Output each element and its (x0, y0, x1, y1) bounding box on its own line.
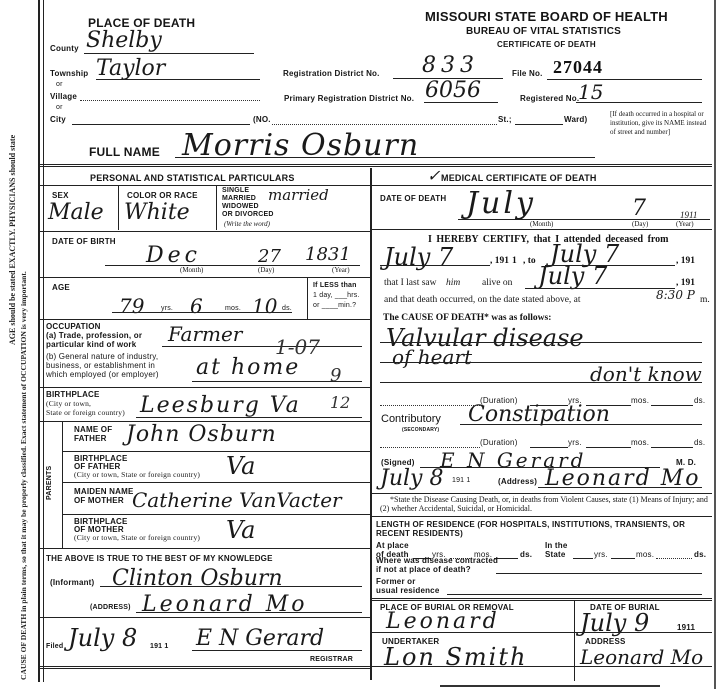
sex-divider (118, 186, 119, 230)
registered-no-line (576, 102, 702, 103)
medical-heading: MEDICAL CERTIFICATE OF DEATH (441, 173, 597, 183)
birthplace-label-3: State or foreign country) (46, 408, 125, 417)
last-saw-pronoun[interactable]: him (446, 278, 460, 288)
marital-value[interactable]: married (268, 186, 329, 204)
margin-note-1: 1-07 (275, 335, 320, 359)
industry-label: (b) General nature of industry, business… (46, 352, 159, 379)
duration-ds-label-2: ds. (694, 438, 705, 447)
burial-place-value[interactable]: Leonard (386, 609, 500, 634)
village-line[interactable] (80, 100, 260, 101)
township-line (96, 79, 260, 80)
marital-single: SINGLE (222, 187, 274, 195)
time-suffix: m. (700, 295, 710, 305)
age-label: AGE (52, 283, 70, 292)
mother-bp-label-3: (City or town, State or foreign country) (74, 534, 200, 542)
informant-address-value[interactable]: Leonard Mo (142, 592, 308, 617)
cause-line-3 (380, 382, 702, 383)
duration-ds-line-2[interactable] (651, 447, 693, 448)
father-name-label: NAME OF FATHER (74, 425, 112, 443)
filed-label: Filed (46, 643, 63, 650)
filed-year-value[interactable]: 191 1 (150, 643, 169, 650)
registrar-label: REGISTRAR (310, 656, 353, 663)
st-label: St.; (498, 115, 512, 124)
age-yrs-label: yrs. (161, 305, 173, 312)
mother-row-line (62, 514, 370, 515)
death-occurred-statement: and that death occurred, on the date sta… (384, 295, 581, 305)
residence-heading-2: RECENT RESIDENTS) (376, 529, 463, 538)
street-line[interactable] (272, 124, 497, 125)
father-name-value[interactable]: John Osburn (126, 422, 277, 447)
age-divider (307, 277, 308, 319)
dod-bottom-line (371, 229, 712, 230)
father-bp-label-3: (City or town, State or foreign country) (74, 471, 200, 479)
page-bottom-edge (440, 685, 660, 687)
to-label: , to (523, 256, 536, 266)
or-label-1: or (56, 81, 63, 88)
mother-label-2: OF MOTHER (74, 496, 134, 505)
side-note-line2: CAUSE OF DEATH in plain terms, so that i… (19, 271, 28, 680)
burial-row-line (371, 632, 712, 633)
dob-year-caption: (Year) (332, 266, 350, 274)
cause-footnote: *State the Disease Causing Death, or, in… (380, 495, 710, 513)
former-residence-line[interactable] (447, 594, 702, 595)
duration-yrs-label-2: yrs. (568, 438, 582, 447)
sex-label: SEX (52, 191, 69, 200)
bureau-title: BUREAU OF VITAL STATISTICS (466, 26, 621, 37)
in-state-ds-line[interactable] (656, 558, 692, 559)
parents-bottom-line (40, 548, 370, 549)
name-divider (40, 164, 712, 167)
registrar-line (192, 650, 362, 651)
occupation-value[interactable]: Farmer (168, 322, 242, 346)
cause-line-2-value[interactable]: of heart (392, 345, 472, 369)
left-border (38, 0, 40, 682)
left-bottom-line (40, 666, 370, 669)
residence-heading-1: LENGTH OF RESIDENCE (FOR HOSPITALS, INST… (376, 520, 685, 529)
in-state-label-1: In the (545, 541, 568, 550)
margin-note-3: 12 (330, 393, 350, 412)
in-state-yrs-label: yrs. (594, 550, 608, 559)
race-label: COLOR OR RACE (127, 191, 198, 200)
at-place-label-1: At place (376, 541, 409, 550)
center-divider (370, 168, 372, 680)
file-no-line (547, 79, 702, 80)
informant-address-line (136, 612, 362, 613)
in-state-label: In the State (545, 541, 568, 559)
registered-no-label: Registered No. (520, 94, 579, 103)
duration-mos-line-2[interactable] (586, 447, 631, 448)
city-label: City (50, 115, 66, 124)
file-no-value[interactable]: 27044 (553, 57, 603, 78)
industry-label-1: (b) General nature of industry, (46, 352, 159, 361)
signed-bottom-line (371, 493, 712, 494)
death-day-value[interactable]: 7 (632, 196, 646, 221)
in-state-mos-line[interactable] (611, 558, 635, 559)
informant-line (100, 586, 362, 587)
sex-value[interactable]: Male (48, 200, 104, 225)
birthplace-value[interactable]: Leesburg Va (140, 393, 301, 418)
last-saw-line (525, 288, 675, 289)
death-month-caption: (Month) (530, 220, 553, 228)
medical-heading-line (371, 185, 712, 186)
burial-divider (574, 601, 575, 681)
signed-address-label: (Address) (498, 477, 537, 486)
father-bp-row-line (62, 482, 370, 483)
date-of-death-line (458, 219, 710, 220)
mother-name-value[interactable]: Catherine VanVacter (132, 488, 342, 512)
residence-bottom-line (371, 598, 712, 601)
township-value[interactable]: Taylor (96, 56, 165, 81)
mother-name-label: MAIDEN NAME OF MOTHER (74, 487, 134, 505)
full-name-label: FULL NAME (89, 145, 160, 159)
side-instructions: AGE should be stated EXACTLY. PHYSICIANS… (2, 0, 32, 689)
marital-widowed: WIDOWED (222, 203, 274, 211)
dob-year-value[interactable]: 1831 (305, 244, 351, 265)
mother-label-1: MAIDEN NAME (74, 487, 134, 496)
primary-district-value[interactable]: 6056 (425, 78, 481, 103)
or-label-2: or (56, 104, 63, 111)
contracted-label-2: if not at place of death? (376, 565, 498, 574)
former-residence-label: Former or usual residence (376, 577, 439, 595)
in-state-mos-label: mos. (636, 550, 654, 559)
dob-label: DATE OF BIRTH (52, 237, 116, 246)
contracted-label-1: Where was disease contracted (376, 556, 498, 565)
former-label-1: Former or (376, 577, 439, 586)
ward-label: Ward) (564, 115, 587, 124)
less-than-day: If LESS than 1 day, ___hrs. or ____min.? (313, 281, 360, 311)
cause-line-1 (380, 342, 702, 343)
attended-from-value[interactable]: July 7 (384, 243, 453, 271)
duration-ds-line-1[interactable] (651, 405, 693, 406)
parents-divider (62, 421, 63, 548)
county-label: County (50, 44, 79, 53)
informant-statement: THE ABOVE IS TRUE TO THE BEST OF MY KNOW… (46, 554, 273, 563)
mother-birthplace-value[interactable]: Va (226, 516, 255, 544)
ward-line[interactable] (515, 124, 563, 125)
mother-birthplace-label: BIRTHPLACE OF MOTHER (City or town, Stat… (74, 518, 200, 542)
signed-year-value[interactable]: 191 1 (452, 477, 471, 484)
birthplace-line (136, 417, 362, 418)
father-birthplace-value[interactable]: Va (226, 452, 255, 480)
burial-year-value[interactable]: 1911 (677, 623, 695, 632)
no-label: (NO. (253, 115, 271, 124)
marital-options: SINGLE MARRIED WIDOWED OR DIVORCED (222, 187, 274, 219)
signed-address-line (538, 487, 702, 488)
duration-mos-label-2: mos. (631, 438, 649, 447)
from-year-prefix: , 191 (490, 256, 509, 266)
occupation-label-1: OCCUPATION (46, 322, 142, 331)
death-time-value[interactable]: 8:30 P (656, 288, 695, 302)
contracted-label: Where was disease contracted if not at p… (376, 556, 498, 574)
race-value[interactable]: White (124, 200, 190, 225)
city-line[interactable] (72, 124, 250, 125)
registered-no-value[interactable]: 15 (578, 80, 603, 104)
contracted-line[interactable] (496, 573, 702, 574)
last-saw-label: that I last saw (384, 278, 437, 288)
in-state-ds-label: ds. (694, 550, 706, 559)
contributory-label: Contributory (381, 413, 441, 425)
birthplace-label-2: (City or town, (46, 399, 125, 408)
age-line (112, 312, 292, 313)
death-day-caption: (Day) (632, 220, 648, 228)
informant-name-value[interactable]: Clinton Osburn (112, 566, 283, 591)
dob-line (105, 265, 360, 266)
death-month-value[interactable]: July (466, 186, 536, 221)
age-mos-label: mos. (225, 305, 241, 312)
certificate-title: CERTIFICATE OF DEATH (497, 40, 596, 49)
informant-bottom-line (40, 617, 370, 618)
primary-district-line (424, 102, 498, 103)
left-border-inner (43, 0, 44, 682)
registrar-value[interactable]: E N Gerard (196, 626, 324, 651)
marital-note: (Write the word) (224, 220, 270, 228)
township-label: Township (50, 69, 88, 78)
board-title: MISSOURI STATE BOARD OF HEALTH (425, 9, 668, 24)
cause-of-death-label: The CAUSE OF DEATH* was as follows: (383, 313, 551, 323)
primary-district-label: Primary Registration District No. (284, 94, 414, 103)
registration-district-value[interactable]: 833 (422, 53, 479, 78)
industry-label-3: which employed (or employer) (46, 370, 159, 379)
marital-divorced: OR DIVORCED (222, 211, 274, 219)
father-birthplace-label: BIRTHPLACE OF FATHER (City or town, Stat… (74, 455, 200, 479)
informant-address-label: (ADDRESS) (90, 604, 131, 611)
age-months-value[interactable]: 6 (190, 294, 203, 318)
father-row-line (62, 451, 370, 452)
county-value[interactable]: Shelby (86, 28, 162, 53)
duration-ds-label-1: ds. (694, 396, 705, 405)
parents-label: PARENTS (46, 466, 53, 500)
margin-note-2: 9 (330, 365, 341, 386)
age-years-value[interactable]: 79 (119, 294, 144, 318)
contributory-line (460, 424, 702, 425)
father-label-1: NAME OF (74, 425, 112, 434)
row-divider-2 (40, 277, 370, 278)
signed-date-value[interactable]: July 8 (380, 466, 443, 491)
certify-statement: I HEREBY CERTIFY, that I attended deceas… (428, 234, 669, 245)
form-bottom-line (371, 666, 712, 667)
side-note-line1: AGE should be stated EXACTLY. PHYSICIANS… (8, 135, 17, 345)
informant-label: (Informant) (50, 578, 94, 587)
in-state-yrs-line[interactable] (573, 558, 593, 559)
to-year-prefix: , 191 (676, 256, 695, 266)
race-divider (216, 186, 217, 230)
dob-day-value[interactable]: 27 (258, 246, 281, 267)
attended-from-line (380, 265, 490, 266)
village-label: Village (50, 92, 77, 101)
footnote-bottom-line (371, 516, 712, 517)
occupation-line (162, 346, 362, 347)
father-label-2: FATHER (74, 434, 112, 443)
duration-mos-label-1: mos. (631, 396, 649, 405)
personal-heading: PERSONAL AND STATISTICAL PARTICULARS (90, 173, 295, 183)
occupation-label-3: particular kind of work (46, 340, 142, 349)
county-line (84, 53, 254, 54)
last-saw-year-prefix: , 191 (676, 278, 695, 288)
cause-duration-lead (380, 405, 480, 406)
former-label-2: usual residence (376, 586, 439, 595)
medical-check-mark: ✓ (427, 166, 440, 185)
row-divider-4 (40, 387, 370, 388)
full-name-line (175, 157, 595, 158)
right-edge (714, 0, 716, 689)
occupation-label-2: (a) Trade, profession, or (46, 331, 142, 340)
age-ds-label: ds. (282, 305, 292, 312)
hospital-note: [If death occurred in a hospital or inst… (610, 110, 710, 137)
duration-label-2: (Duration) (480, 438, 518, 447)
at-place-ds-label: ds. (520, 550, 532, 559)
dob-day-caption: (Day) (258, 266, 274, 274)
birthplace-label: BIRTHPLACE (City or town, State or forei… (46, 390, 125, 417)
occupation-label: OCCUPATION (a) Trade, profession, or par… (46, 322, 142, 349)
age-days-value[interactable]: 10 (252, 294, 277, 318)
row-divider-1 (40, 231, 370, 232)
less-than-line2: 1 day, ___hrs. (313, 291, 360, 301)
secondary-label: (SECONDARY) (402, 427, 439, 433)
row-divider-3 (40, 319, 370, 320)
alive-on-label: alive on (482, 278, 512, 288)
marital-married: MARRIED (222, 195, 274, 203)
birthplace-label-1: BIRTHPLACE (46, 390, 125, 399)
death-year-caption: (Year) (676, 220, 694, 228)
from-year-value[interactable]: 1 (512, 256, 517, 266)
industry-label-2: business, or establishment in (46, 361, 159, 370)
date-of-death-label: DATE OF DEATH (380, 194, 446, 203)
less-than-line1: If LESS than (313, 281, 360, 291)
less-than-line3: or ____min.? (313, 301, 360, 311)
filed-date-value[interactable]: July 8 (68, 624, 137, 652)
last-saw-date-value[interactable]: July 7 (538, 262, 607, 290)
dob-month-caption: (Month) (180, 266, 203, 274)
registration-district-label: Registration District No. (283, 69, 380, 78)
file-no-label: File No. (512, 69, 543, 78)
in-state-label-2: State (545, 550, 568, 559)
